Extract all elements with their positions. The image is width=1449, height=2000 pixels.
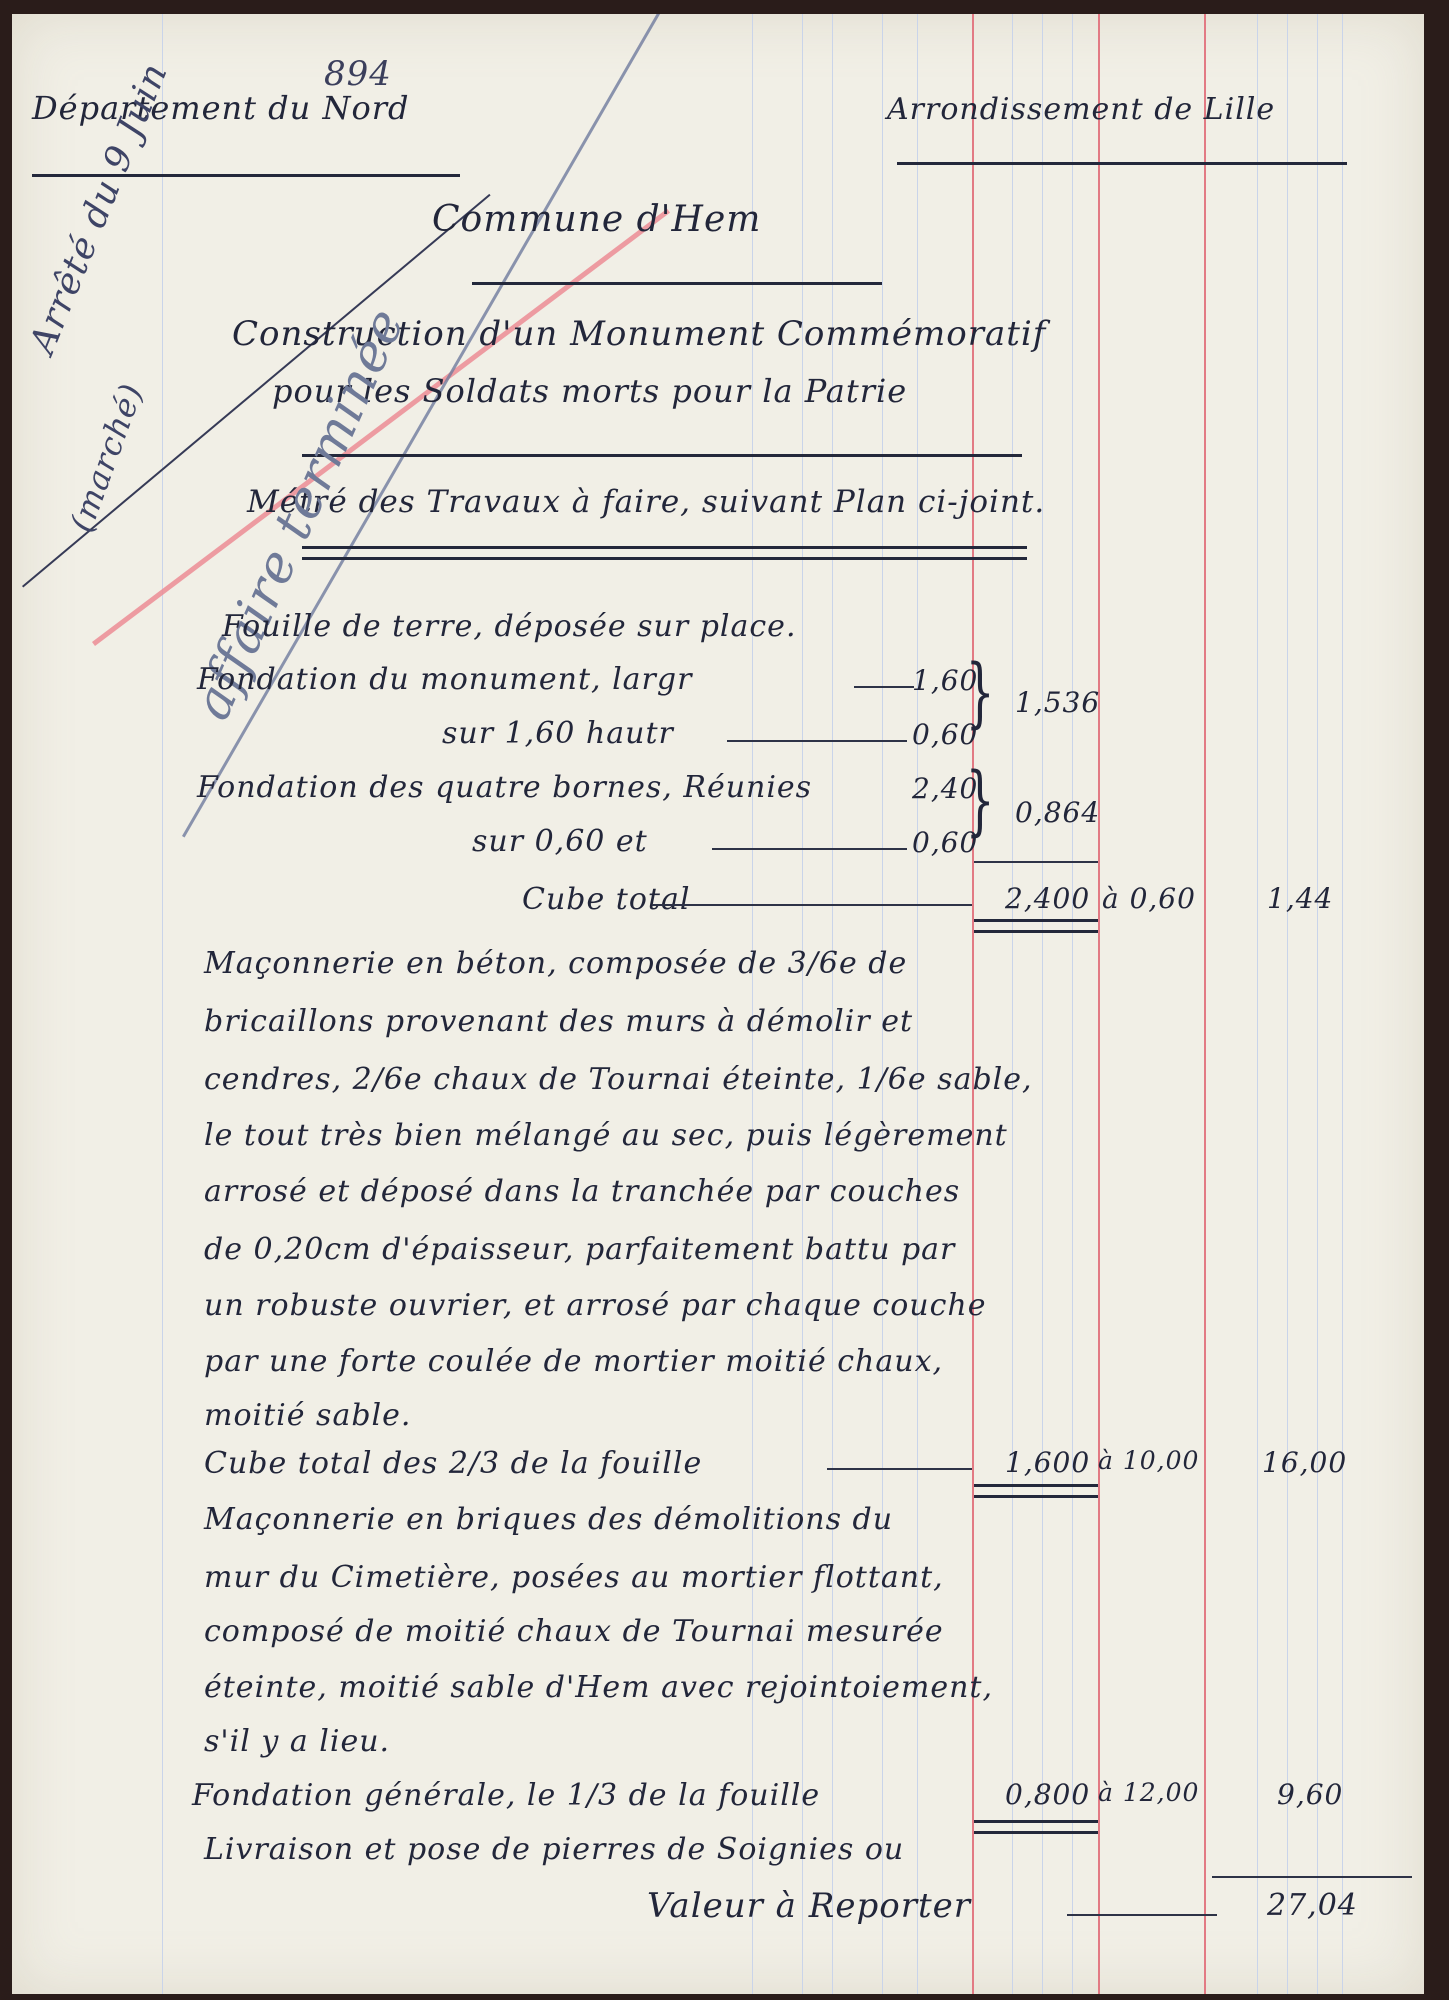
fouille-total-label: Cube total xyxy=(522,882,690,917)
beton-total-amount: 16,00 xyxy=(1262,1446,1347,1479)
blue-rule xyxy=(1012,14,1013,1994)
briques-line: mur du Cimetière, posées au mortier flot… xyxy=(204,1560,944,1595)
beton-total-label: Cube total des 2/3 de la fouille xyxy=(204,1446,702,1481)
beton-line: le tout très bien mélangé au sec, puis l… xyxy=(204,1118,1008,1153)
beton-line: arrosé et déposé dans la tranchée par co… xyxy=(204,1174,960,1209)
leader-line xyxy=(1067,1914,1217,1916)
briques-total-label: Fondation générale, le 1/3 de la fouille xyxy=(192,1778,820,1813)
leader-line xyxy=(652,904,972,906)
total-double-rule xyxy=(974,1820,1098,1834)
brace-group-2: } xyxy=(966,762,995,838)
carry-forward-label: Valeur à Reporter xyxy=(647,1886,971,1926)
blue-rule xyxy=(1072,14,1073,1994)
blue-rule xyxy=(162,14,163,1994)
fouille-total-price: à 0,60 xyxy=(1102,882,1196,915)
fouille-row3-label: Fondation des quatre bornes, Réunies xyxy=(197,770,812,805)
carry-rule xyxy=(1212,1876,1412,1878)
beton-total-qty: 1,600 xyxy=(1005,1446,1090,1479)
commune-title: Commune d'Hem xyxy=(432,199,761,240)
fouille-group1-result: 1,536 xyxy=(1015,686,1100,719)
margin-note-marche: (marché) xyxy=(62,378,151,537)
beton-line: par une forte coulée de mortier moitié c… xyxy=(204,1344,943,1379)
brace-group-1: } xyxy=(966,654,995,730)
red-column-rule xyxy=(1204,14,1206,1994)
leader-line xyxy=(854,686,914,688)
beton-line: de 0,20cm d'épaisseur, parfaitement batt… xyxy=(204,1232,955,1267)
subject-line-3: Métré des Travaux à faire, suivant Plan … xyxy=(247,484,1045,520)
strike-line-blue xyxy=(182,14,675,838)
fouille-heading: Fouille de terre, déposée sur place. xyxy=(222,609,796,644)
fouille-row1-label: Fondation du monument, largr xyxy=(197,662,692,697)
beton-line: cendres, 2/6e chaux de Tournai éteinte, … xyxy=(204,1062,1033,1097)
briques-total-amount: 9,60 xyxy=(1277,1778,1343,1811)
subject-underline xyxy=(302,454,1022,457)
fouille-row4-label: sur 0,60 et xyxy=(472,824,648,859)
briques-total-qty: 0,800 xyxy=(1005,1778,1090,1811)
red-column-rule xyxy=(1098,14,1100,1994)
ledger-page: Département du Nord 894 Arrondissement d… xyxy=(12,14,1424,1994)
arrondissement-underline xyxy=(897,162,1347,165)
beton-line: un robuste ouvrier, et arrosé par chaque… xyxy=(204,1288,987,1323)
leader-line xyxy=(712,848,907,850)
department-label: Département du Nord xyxy=(32,89,409,127)
fouille-group2-result: 0,864 xyxy=(1015,796,1100,829)
subtotal-rule xyxy=(974,861,1098,863)
beton-line: Maçonnerie en béton, composée de 3/6e de xyxy=(204,946,907,981)
blue-rule xyxy=(1317,14,1318,1994)
briques-line: composé de moitié chaux de Tournai mesur… xyxy=(204,1614,944,1649)
briques-line: Maçonnerie en briques des démolitions du xyxy=(204,1502,893,1537)
total-double-rule xyxy=(974,919,1098,933)
strike-line-red xyxy=(92,209,670,646)
pierres-line: Livraison et pose de pierres de Soignies… xyxy=(204,1832,904,1867)
dossier-number: 894 xyxy=(324,54,392,94)
blue-rule xyxy=(1287,14,1288,1994)
fouille-row2-label: sur 1,60 hautr xyxy=(442,716,674,751)
blue-rule xyxy=(1042,14,1043,1994)
beton-line: bricaillons provenant des murs à démolir… xyxy=(204,1004,913,1039)
arrondissement-label: Arrondissement de Lille xyxy=(887,92,1275,127)
commune-underline xyxy=(472,282,882,285)
subject-double-rule xyxy=(302,546,1027,560)
blue-rule xyxy=(1257,14,1258,1994)
beton-total-price: à 10,00 xyxy=(1098,1446,1199,1475)
briques-total-price: à 12,00 xyxy=(1098,1778,1199,1807)
leader-line xyxy=(827,1468,972,1470)
leader-line xyxy=(727,740,907,742)
blue-rule xyxy=(1342,14,1343,1994)
fouille-total-amount: 1,44 xyxy=(1267,882,1333,915)
briques-line: s'il y a lieu. xyxy=(204,1724,390,1759)
fouille-total-qty: 2,400 xyxy=(1005,882,1090,915)
beton-line: moitié sable. xyxy=(204,1398,411,1433)
briques-line: éteinte, moitié sable d'Hem avec rejoint… xyxy=(204,1670,993,1705)
carry-forward-amount: 27,04 xyxy=(1267,1888,1358,1923)
total-double-rule xyxy=(974,1484,1098,1498)
